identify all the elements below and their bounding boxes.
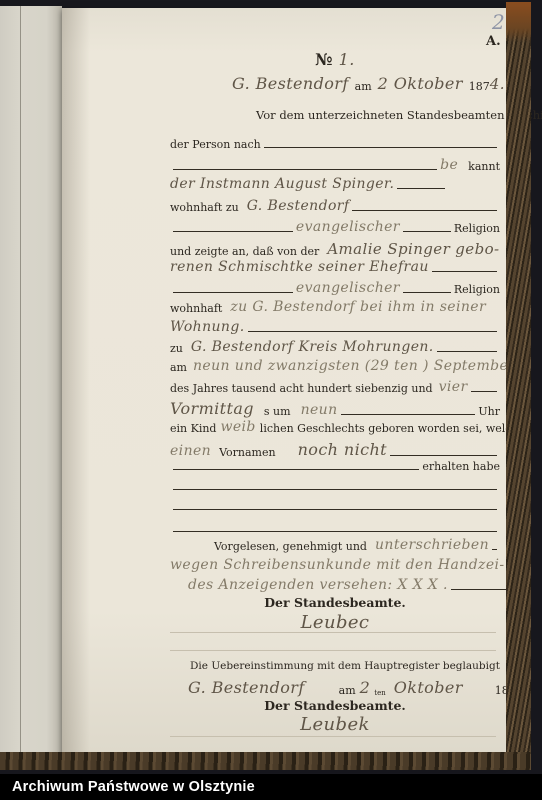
- vorname-prefix-hw: einen: [170, 443, 211, 459]
- wohnung-line: Wohnung.: [170, 319, 500, 335]
- registrar-line1: Der Standesbeamte.: [170, 595, 500, 610]
- dateline-year-printed: 187: [469, 80, 490, 93]
- rule-line: [397, 178, 445, 189]
- wohnhaft: wohnhaft: [170, 302, 222, 315]
- mother-line2: renen Schmischtke seiner Ehefrau: [170, 259, 500, 275]
- registrar-line2: Der Standesbeamte.: [170, 698, 500, 713]
- residence-line: wohnhaft zu G. Bestendorf: [170, 198, 500, 214]
- pencil-page-number: 2: [492, 10, 505, 34]
- book-bottom-edge: [0, 752, 531, 770]
- book-fore-edge: [506, 2, 531, 770]
- mother-residence-hw: zu G. Bestendorf bei ihm in seiner: [230, 299, 486, 315]
- vorname-value-hw: noch nicht: [298, 440, 387, 459]
- dateline-year-hw: 4.: [490, 75, 505, 93]
- wohnhaft-zu: wohnhaft zu: [170, 201, 239, 214]
- zu: zu: [170, 342, 183, 355]
- religion1-label: Religion: [454, 222, 500, 235]
- gender-suffix: lichen Geschlechts geboren worden sei, w…: [260, 422, 531, 435]
- page-crease: [20, 6, 21, 752]
- birthdate-hw: neun und zwanzigsten (29 ten ) September: [193, 358, 515, 374]
- erhalten-line: erhalten habe: [170, 459, 500, 473]
- blank-rule-3: [170, 521, 500, 535]
- gender-line: ein Kind weib lichen Geschlechts geboren…: [170, 419, 500, 435]
- declarant-line: der Instmann August Spinger.: [170, 176, 500, 192]
- rule-line: [437, 341, 497, 352]
- left-blank-page: [0, 6, 62, 752]
- rule-line: [173, 521, 497, 532]
- zeigte-an: und zeigte an, daß von der: [170, 245, 319, 258]
- birthdate-line: am neun und zwanzigsten (29 ten ) Septem…: [170, 358, 500, 374]
- record-number-line: № 1.: [170, 50, 500, 69]
- rule-line: [173, 282, 293, 293]
- mother-residence-line: wohnhaft zu G. Bestendorf bei ihm in sei…: [170, 299, 500, 315]
- signature1-line: Leubec: [170, 612, 500, 633]
- vorname-line: einen Vornamen noch nicht: [170, 440, 500, 459]
- mother-line1: und zeigte an, daß von der Amalie Spinge…: [170, 240, 500, 258]
- mother-name1: Amalie Spinger gebo-: [327, 240, 499, 258]
- certify-ten: ten: [374, 689, 385, 697]
- dateline-am: am: [355, 80, 372, 93]
- birthplace-hw: G. Bestendorf Kreis Mohrungen.: [191, 339, 434, 355]
- rule-line: [248, 321, 497, 332]
- time-hour-hw: neun: [301, 402, 338, 418]
- archive-caption-text: Archiwum Państwowe w Olsztynie: [12, 779, 255, 795]
- rule-line: [173, 221, 293, 232]
- year-printed: des Jahres tausend acht hundert siebenzi…: [170, 382, 433, 395]
- known-printed: kannt: [468, 160, 500, 173]
- dateline-place: G. Bestendorf: [232, 74, 349, 93]
- rule-line: [403, 221, 451, 232]
- certify-printed: Die Uebereinstimmung mit dem Hauptregist…: [190, 660, 500, 672]
- vornamen: Vornamen: [219, 446, 275, 459]
- blank-rule-1: [170, 479, 500, 493]
- person-line: der Person nach: [170, 137, 500, 151]
- residence-hw: G. Bestendorf: [247, 198, 350, 214]
- known-hw: be: [440, 157, 458, 173]
- birthplace-line: zu G. Bestendorf Kreis Mohrungen.: [170, 339, 500, 355]
- corner-letter: A.: [486, 34, 501, 49]
- faint-rule-3: [170, 736, 496, 737]
- rule-line: [173, 479, 497, 490]
- rule-line: [492, 539, 497, 550]
- known-line: be kannt: [170, 157, 500, 173]
- record-number-symbol: №: [315, 50, 332, 69]
- archive-caption-bar: Archiwum Państwowe w Olsztynie: [0, 774, 542, 800]
- gender-hw: weib: [220, 419, 255, 435]
- year-word-hw: vier: [439, 379, 468, 395]
- religion2-label: Religion: [454, 283, 500, 296]
- closing-hw: unterschrieben: [375, 537, 489, 553]
- time-line: Vormittag s um neun Uhr: [170, 399, 500, 418]
- dateline: G. Bestendorf am 2 Oktober 187 4.: [170, 74, 500, 93]
- closing-line3: des Anzeigenden versehen: X X X .: [170, 577, 500, 593]
- signature2: Leubek: [300, 714, 370, 735]
- signature1: Leubec: [301, 612, 370, 633]
- closing-printed: Vorgelesen, genehmigt und: [214, 540, 367, 553]
- certify-am: am: [339, 684, 356, 697]
- person-nach: der Person nach: [170, 138, 261, 151]
- dateline-daymonth: 2 Oktober: [378, 74, 463, 93]
- intro-text: Vor dem unterzeichneten Standesbeamten e…: [256, 108, 542, 122]
- rule-line: [173, 499, 497, 510]
- religion2-hw: evangelischer: [296, 280, 400, 296]
- certify-place-hw: G. Bestendorf: [188, 678, 305, 697]
- religion1-hw: evangelischer: [296, 219, 400, 235]
- rule-line: [352, 200, 497, 211]
- certify-day-hw: 2: [360, 678, 371, 697]
- rule-line: [264, 137, 497, 148]
- certify-date-line: G. Bestendorf am 2 ten Oktober 187 4.: [170, 678, 500, 697]
- rule-line: [403, 282, 451, 293]
- am: am: [170, 361, 187, 374]
- declarant-name: der Instmann August Spinger.: [170, 176, 394, 192]
- signature2-line: Leubek: [170, 714, 500, 735]
- erhalten-habe: erhalten habe: [422, 460, 500, 473]
- religion2-line: evangelischer Religion: [170, 280, 500, 296]
- rule-line: [173, 459, 419, 470]
- uhr-label: Uhr: [478, 405, 500, 418]
- wohnung-hw: Wohnung.: [170, 319, 245, 335]
- closing-line2: wegen Schreibensunkunde mit den Handzei-: [170, 557, 500, 573]
- rule-line: [471, 381, 497, 392]
- document-page: 2 A. № 1. G. Bestendorf am 2 Oktober 187…: [62, 8, 506, 762]
- registrar-label2: Der Standesbeamte.: [264, 698, 406, 713]
- faint-rule-2: [170, 650, 496, 651]
- closing-line: Vorgelesen, genehmigt und unterschrieben: [170, 537, 500, 553]
- mother-name2: renen Schmischtke seiner Ehefrau: [170, 259, 429, 275]
- religion1-line: evangelischer Religion: [170, 219, 500, 235]
- kind: ein Kind: [170, 422, 216, 435]
- closing2-hw: wegen Schreibensunkunde mit den Handzei-: [170, 557, 505, 573]
- time-mid: s um: [264, 405, 291, 418]
- faint-rule-1: [170, 632, 496, 633]
- closing3-hw: des Anzeigenden versehen: X X X .: [188, 577, 448, 593]
- intro-line: Vor dem unterzeichneten Standesbeamten e…: [170, 108, 500, 122]
- record-number-value: 1.: [339, 50, 355, 69]
- rule-line: [390, 445, 497, 456]
- rule-line: [341, 404, 476, 415]
- rule-line: [432, 261, 497, 272]
- blank-rule-2: [170, 499, 500, 513]
- year-line: des Jahres tausend acht hundert siebenzi…: [170, 379, 500, 395]
- certify-line: Die Uebereinstimmung mit dem Hauptregist…: [170, 660, 500, 672]
- rule-line: [173, 159, 437, 170]
- registrar-label1: Der Standesbeamte.: [264, 595, 406, 610]
- certify-month-hw: Oktober: [394, 678, 463, 697]
- time-prefix-hw: Vormittag: [170, 399, 254, 418]
